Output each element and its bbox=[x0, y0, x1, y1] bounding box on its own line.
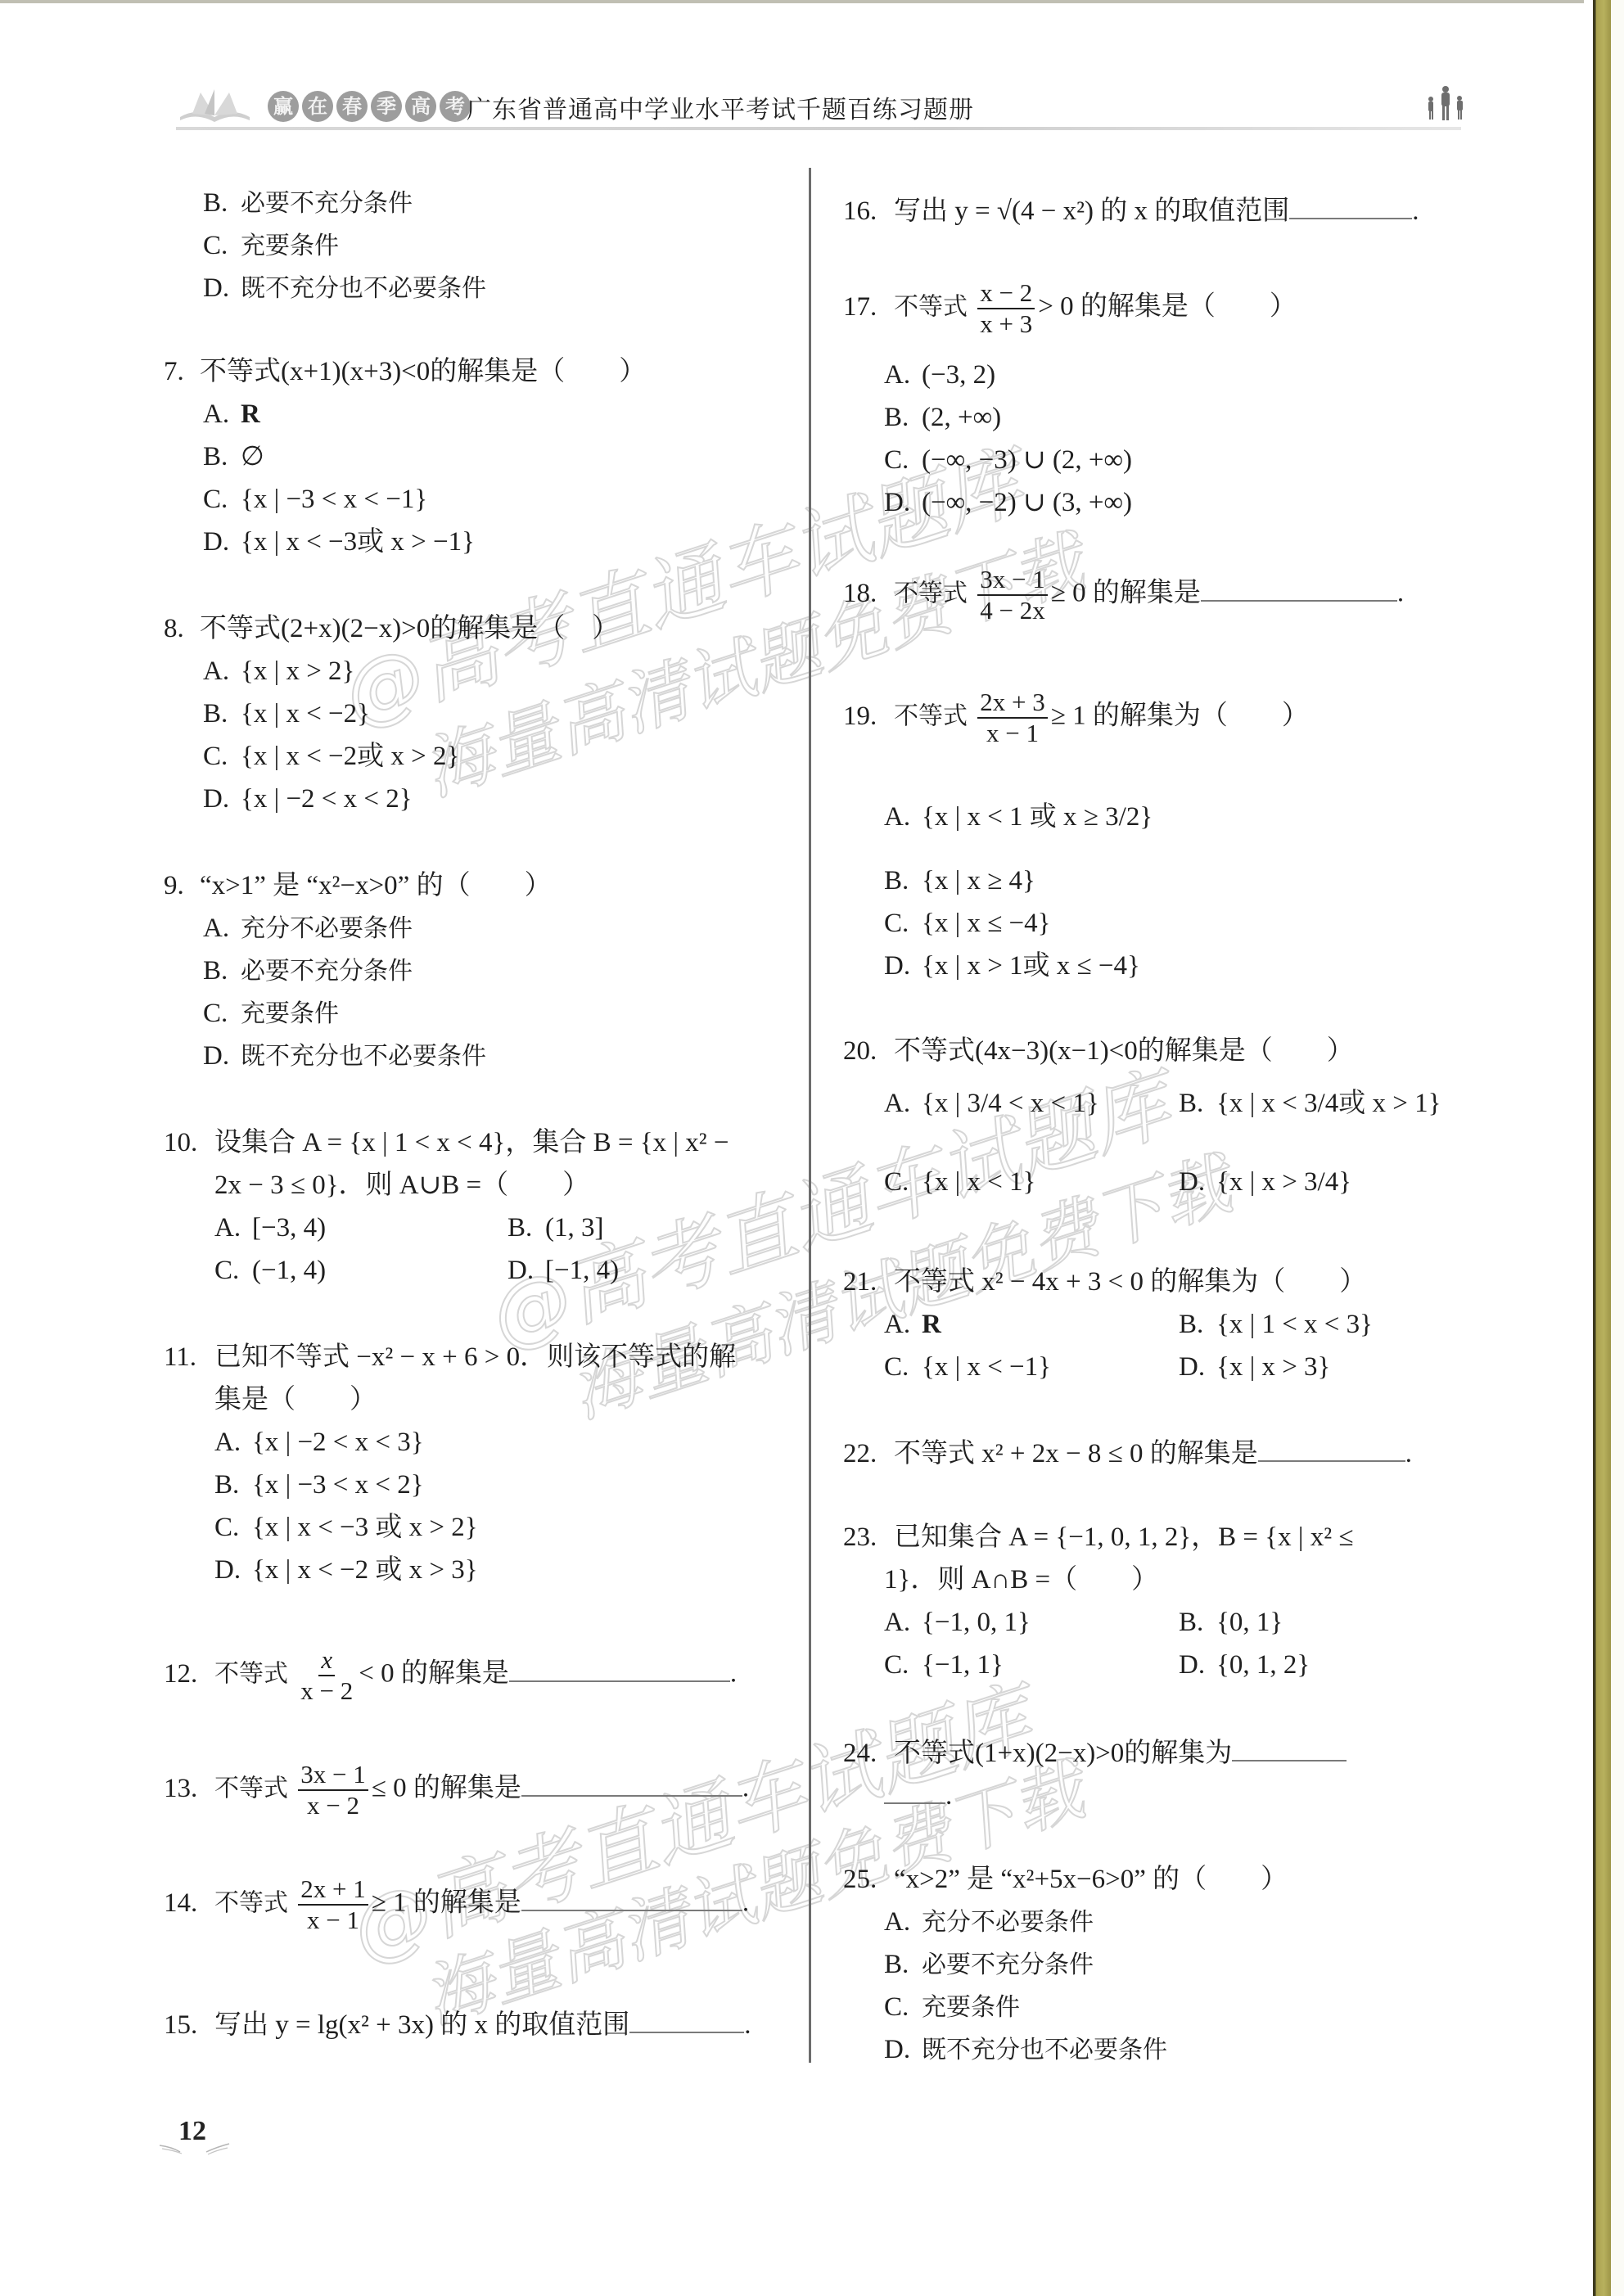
running-header: 赢 在 春 季 高 考 广东省普通高中学业水平考试千题百练习题册 bbox=[176, 78, 1461, 139]
q10-option-d: D.[−1, 4) bbox=[508, 1249, 619, 1292]
question-25: 25.“x>2” 是 “x²+5x−6>0” 的（ ） bbox=[843, 1858, 1288, 1901]
question-18: 18.不等式 3x − 14 − 2x≥ 0 的解集是. bbox=[843, 565, 1404, 625]
question-stem: 设集合 A = {x | 1 < x < 4}，集合 B = {x | x² − bbox=[214, 1128, 729, 1157]
fraction: 2x + 3x − 1 bbox=[977, 688, 1047, 748]
watermark-line-2: 海量高清试题免费下载 bbox=[409, 507, 1094, 814]
book-title: 广东省普通高中学业水平考试千题百练习题册 bbox=[467, 89, 974, 125]
question-11: 11.已知不等式 −x² − x + 6 > 0．则该不等式的解 bbox=[164, 1336, 736, 1378]
q9-option-d: D.既不充分也不必要条件 bbox=[203, 1035, 486, 1078]
answer-blank[interactable] bbox=[1258, 1431, 1405, 1462]
q11-option-d: D.{x | x < −2 或 x > 3} bbox=[214, 1549, 478, 1591]
answer-blank[interactable] bbox=[509, 1651, 730, 1682]
series-badge: 季 bbox=[371, 91, 402, 122]
question-10-line-2: 2x − 3 ≤ 0}．则 A∪B =（ ） bbox=[214, 1164, 589, 1207]
q23-option-b: B.{0, 1} bbox=[1179, 1601, 1283, 1644]
question-24: 24.不等式(1+x)(2−x)>0的解集为 bbox=[843, 1730, 1347, 1775]
question-22: 22.不等式 x² + 2x − 8 ≤ 0 的解集是. bbox=[843, 1431, 1412, 1475]
q8-option-b: B.{x | x < −2} bbox=[203, 692, 370, 735]
question-20: 20.不等式(4x−3)(x−1)<0的解集是（ ） bbox=[843, 1030, 1354, 1072]
question-stem: 写出 y = lg(x² + 3x) 的 x 的取值范围 bbox=[214, 2010, 629, 2040]
question-stem: 不等式(4x−3)(x−1)<0的解集是（ ） bbox=[894, 1036, 1354, 1066]
answer-blank[interactable] bbox=[1232, 1730, 1347, 1761]
question-13: 13.不等式 3x − 1x − 2≤ 0 的解集是. bbox=[164, 1760, 749, 1820]
answer-blank-continued[interactable] bbox=[884, 1773, 945, 1804]
q17-option-b: B.(2, +∞) bbox=[884, 396, 1001, 439]
q17-option-d: D.(−∞, −2) ∪ (3, +∞) bbox=[884, 481, 1132, 524]
page-right-margin bbox=[1611, 0, 1624, 2296]
question-8: 8.不等式(2+x)(2−x)>0的解集是（ ） bbox=[164, 607, 619, 650]
question-stem: 不等式(2+x)(2−x)>0的解集是（ ） bbox=[200, 614, 619, 643]
question-stem: 不等式 x² − 4x + 3 < 0 的解集为（ ） bbox=[894, 1267, 1366, 1297]
q10-option-b: B.(1, 3] bbox=[508, 1207, 603, 1249]
series-badge: 在 bbox=[302, 91, 333, 122]
q20-option-a: A.{x | 3/4 < x < 1} bbox=[884, 1082, 1099, 1125]
header-rule bbox=[176, 127, 1461, 130]
q6-option-d: D.既不充分也不必要条件 bbox=[203, 267, 486, 310]
fraction: 3x − 1x − 2 bbox=[298, 1760, 368, 1820]
q23-option-a: A.{−1, 0, 1} bbox=[884, 1601, 1031, 1644]
question-12: 12.不等式 xx − 2< 0 的解集是. bbox=[164, 1645, 737, 1706]
q7-option-c: C.{x | −3 < x < −1} bbox=[203, 478, 427, 521]
q7-option-b: B.∅ bbox=[203, 435, 264, 478]
answer-blank[interactable] bbox=[629, 2002, 744, 2033]
q25-option-c: C.充要条件 bbox=[884, 1986, 1020, 2029]
q21-option-b: B.{x | 1 < x < 3} bbox=[1179, 1303, 1373, 1346]
question-stem: “x>1” 是 “x²−x>0” 的（ ） bbox=[200, 871, 552, 900]
q7-option-d: D.{x | x < −3或 x > −1} bbox=[203, 521, 475, 563]
q23-option-c: C.{−1, 1} bbox=[884, 1644, 1004, 1686]
question-14: 14.不等式 2x + 1x − 1≥ 1 的解集是. bbox=[164, 1874, 749, 1935]
question-11-line-2: 集是（ ） bbox=[214, 1378, 377, 1421]
q25-option-d: D.既不充分也不必要条件 bbox=[884, 2028, 1167, 2072]
q17-option-c: C.(−∞, −3) ∪ (2, +∞) bbox=[884, 439, 1132, 481]
leaf-ornament-icon bbox=[156, 2140, 233, 2157]
open-book-icon bbox=[176, 84, 254, 125]
q9-option-c: C.充要条件 bbox=[203, 992, 339, 1035]
q21-option-d: D.{x | x > 3} bbox=[1179, 1346, 1330, 1388]
fraction: 2x + 1x − 1 bbox=[298, 1874, 368, 1935]
q9-option-a: A.充分不必要条件 bbox=[203, 907, 413, 950]
question-stem: 已知集合 A = {−1, 0, 1, 2}，B = {x | x² ≤ bbox=[894, 1522, 1353, 1552]
q11-option-a: A.{x | −2 < x < 3} bbox=[214, 1421, 424, 1464]
question-23-line-2: 1}．则 A∩B =（ ） bbox=[884, 1558, 1158, 1601]
q23-option-d: D.{0, 1, 2} bbox=[1179, 1644, 1310, 1686]
answer-blank[interactable] bbox=[1289, 188, 1412, 219]
q11-option-c: C.{x | x < −3 或 x > 2} bbox=[214, 1506, 478, 1549]
answer-blank[interactable] bbox=[521, 1880, 742, 1911]
q21-option-c: C.{x | x < −1} bbox=[884, 1346, 1051, 1388]
runners-icon bbox=[1423, 78, 1472, 127]
question-stem: 写出 y = √(4 − x²) 的 x 的取值范围 bbox=[894, 196, 1289, 226]
page-binding-border bbox=[1593, 0, 1611, 2296]
q6-option-c: C.充要条件 bbox=[203, 224, 339, 268]
question-23: 23.已知集合 A = {−1, 0, 1, 2}，B = {x | x² ≤ bbox=[843, 1516, 1353, 1558]
answer-blank[interactable] bbox=[521, 1766, 742, 1797]
question-24-line-2: . bbox=[884, 1773, 952, 1817]
fraction: xx − 2 bbox=[298, 1645, 355, 1706]
question-16: 16.写出 y = √(4 − x²) 的 x 的取值范围. bbox=[843, 188, 1419, 232]
question-stem: 不等式 x² + 2x − 8 ≤ 0 的解集是 bbox=[894, 1439, 1258, 1468]
q17-option-a: A.(−3, 2) bbox=[884, 354, 995, 396]
question-7: 7.不等式(x+1)(x+3)<0的解集是（ ） bbox=[164, 350, 646, 393]
q19-option-d: D.{x | x > 1或 x ≤ −4} bbox=[884, 945, 1140, 987]
q19-option-b: B.{x | x ≥ 4} bbox=[884, 859, 1035, 902]
question-10: 10.设集合 A = {x | 1 < x < 4}，集合 B = {x | x… bbox=[164, 1121, 729, 1164]
answer-blank[interactable] bbox=[1201, 571, 1397, 602]
q10-option-a: A.[−3, 4) bbox=[214, 1207, 326, 1249]
q11-option-b: B.{x | −3 < x < 2} bbox=[214, 1464, 424, 1506]
question-15: 15.写出 y = lg(x² + 3x) 的 x 的取值范围. bbox=[164, 2002, 751, 2046]
q25-option-a: A.充分不必要条件 bbox=[884, 1901, 1094, 1944]
page-top-edge bbox=[0, 0, 1584, 3]
question-stem: “x>2” 是 “x²+5x−6>0” 的（ ） bbox=[894, 1865, 1288, 1894]
q25-option-b: B.必要不充分条件 bbox=[884, 1943, 1094, 1987]
question-21: 21.不等式 x² − 4x + 3 < 0 的解集为（ ） bbox=[843, 1261, 1366, 1303]
q8-option-c: C.{x | x < −2或 x > 2} bbox=[203, 735, 459, 778]
q7-option-a: A.R bbox=[203, 393, 260, 435]
q8-option-a: A.{x | x > 2} bbox=[203, 650, 354, 692]
question-stem: 不等式(x+1)(x+3)<0的解集是（ ） bbox=[200, 357, 646, 386]
question-9: 9.“x>1” 是 “x²−x>0” 的（ ） bbox=[164, 864, 552, 907]
q9-option-b: B.必要不充分条件 bbox=[203, 950, 413, 993]
q6-option-b: B.必要不充分条件 bbox=[203, 182, 413, 225]
q20-option-c: C.{x | x < 1} bbox=[884, 1161, 1035, 1203]
series-badges: 赢 在 春 季 高 考 bbox=[268, 91, 471, 122]
fraction: 3x − 14 − 2x bbox=[977, 565, 1047, 625]
question-19: 19.不等式 2x + 3x − 1≥ 1 的解集为（ ） bbox=[843, 688, 1309, 748]
question-17: 17.不等式 x − 2x + 3> 0 的解集是（ ） bbox=[843, 278, 1297, 339]
series-badge: 赢 bbox=[268, 91, 299, 122]
series-badge: 高 bbox=[405, 91, 436, 122]
q20-option-b: B.{x | x < 3/4或 x > 1} bbox=[1179, 1082, 1441, 1125]
fraction: x − 2x + 3 bbox=[977, 278, 1035, 339]
q20-option-d: D.{x | x > 3/4} bbox=[1179, 1161, 1351, 1203]
series-badge: 春 bbox=[336, 91, 368, 122]
q19-option-a: A.{x | x < 1 或 x ≥ 3/2} bbox=[884, 796, 1153, 838]
q19-option-c: C.{x | x ≤ −4} bbox=[884, 902, 1051, 945]
q21-option-a: A.R bbox=[884, 1303, 941, 1346]
q8-option-d: D.{x | −2 < x < 2} bbox=[203, 778, 413, 820]
q10-option-c: C.(−1, 4) bbox=[214, 1249, 326, 1292]
column-divider bbox=[809, 168, 811, 2063]
question-stem: 不等式(1+x)(2−x)>0的解集为 bbox=[894, 1739, 1232, 1768]
question-stem: 已知不等式 −x² − x + 6 > 0．则该不等式的解 bbox=[214, 1342, 736, 1372]
